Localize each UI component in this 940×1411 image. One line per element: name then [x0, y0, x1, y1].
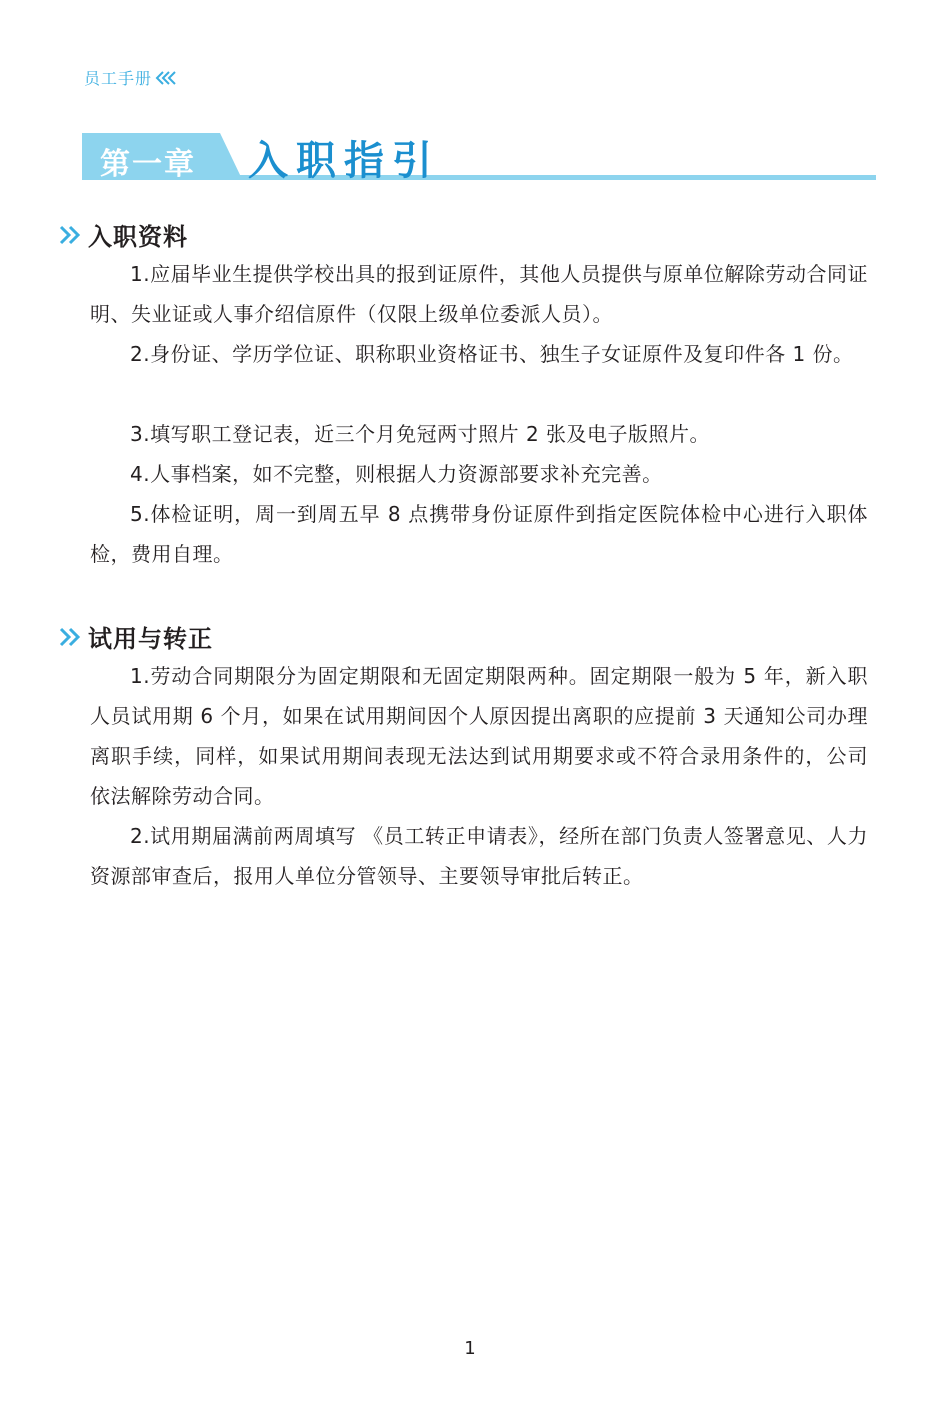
chapter-banner: 第一章 入职指引 [82, 133, 876, 181]
page-number: 1 [0, 1338, 940, 1359]
running-header-title: 员工手册 [84, 66, 152, 89]
section-title: 入职资料 [88, 217, 188, 252]
paragraph: 1.劳动合同期限分为固定期限和无固定期限两种。固定期限一般为 5 年，新入职人员… [90, 656, 868, 816]
paragraph: 2.试用期届满前两周填写 《员工转正申请表》，经所在部门负责人签署意见、人力资源… [90, 816, 868, 896]
paragraph: 5.体检证明，周一到周五早 8 点携带身份证原件到指定医院体检中心进行入职体检，… [90, 494, 868, 574]
double-chevron-right-icon [58, 626, 84, 648]
paragraph: 1.应届毕业生提供学校出具的报到证原件，其他人员提供与原单位解除劳动合同证明、失… [90, 254, 868, 334]
paragraph: 2.身份证、学历学位证、职称职业资格证书、独生子女证原件及复印件各 1 份。 [90, 334, 868, 374]
paragraph: 4.人事档案，如不完整，则根据人力资源部要求补充完善。 [90, 454, 868, 494]
chapter-title: 入职指引 [248, 129, 440, 186]
double-chevron-right-icon [58, 224, 84, 246]
running-header: 员工手册 [84, 66, 179, 89]
section-heading-onboarding-materials: 入职资料 [58, 217, 188, 252]
triple-chevron-left-icon [155, 70, 179, 86]
section-title: 试用与转正 [88, 619, 213, 654]
paragraph: 3.填写职工登记表，近三个月免冠两寸照片 2 张及电子版照片。 [90, 414, 868, 454]
section-heading-probation: 试用与转正 [58, 619, 213, 654]
chapter-number: 第一章 [100, 139, 196, 183]
